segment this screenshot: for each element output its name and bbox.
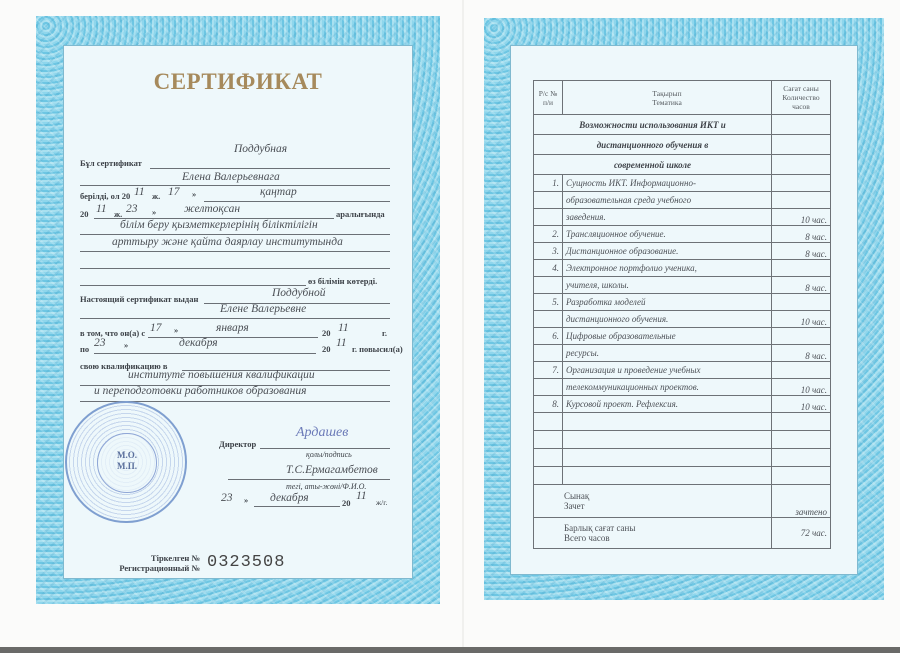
director-month: декабря bbox=[270, 492, 309, 504]
row-number bbox=[534, 311, 563, 328]
empty-cell bbox=[563, 431, 772, 449]
header-hours-ru: Количество часов bbox=[774, 93, 828, 111]
kz-year-suffix: ж. bbox=[152, 191, 160, 201]
underline bbox=[148, 337, 318, 338]
empty-cell bbox=[534, 413, 563, 431]
empty-cell bbox=[534, 449, 563, 467]
exam-row: СынақЗачетзачтено bbox=[534, 485, 831, 518]
underline bbox=[80, 251, 390, 252]
course-title-line: Возможности использования ИКТ и bbox=[534, 115, 772, 135]
topic-line: Сущность ИКТ. Информационно- bbox=[563, 175, 772, 192]
kz-issued-label: Бұл сертификат bbox=[80, 158, 142, 168]
quote-mark: » bbox=[244, 495, 248, 505]
exam-value: зачтено bbox=[772, 485, 831, 518]
ru-institution-line1: институте повышения квалификации bbox=[128, 369, 315, 381]
row-number: 4. bbox=[534, 260, 563, 277]
empty-cell bbox=[772, 449, 831, 467]
director-year-suffix: ж/г. bbox=[376, 498, 387, 507]
ru-issued-label: Настоящий сертификат выдан bbox=[80, 294, 198, 304]
underline bbox=[80, 268, 390, 269]
hours-cell bbox=[772, 362, 831, 379]
quote-mark: » bbox=[124, 340, 128, 350]
kz-year-from: 11 bbox=[134, 186, 145, 198]
empty-row bbox=[534, 449, 831, 467]
topic-line: дистанционного обучения. bbox=[563, 311, 772, 328]
table-row: заведения.10 час. bbox=[534, 209, 831, 226]
topic-line: Организация и проведение учебных bbox=[563, 362, 772, 379]
hours-cell: 8 час. bbox=[772, 277, 831, 294]
ru-institution-line2: и переподготовки работников образования bbox=[94, 385, 306, 397]
empty-cell bbox=[772, 431, 831, 449]
row-number bbox=[534, 345, 563, 362]
director-day: 23 bbox=[221, 492, 233, 504]
empty-cell bbox=[534, 431, 563, 449]
table-row: 8.Курсовой проект. Рефлексия.10 час. bbox=[534, 396, 831, 413]
ru-to-label: по bbox=[80, 344, 89, 354]
hours-cell bbox=[772, 135, 831, 155]
course-title-row: Возможности использования ИКТ и bbox=[534, 115, 831, 135]
quote-mark: » bbox=[152, 207, 156, 217]
kz-between-label: аралығында bbox=[336, 209, 385, 219]
row-number: 7. bbox=[534, 362, 563, 379]
course-title-row: дистанционного обучения в bbox=[534, 135, 831, 155]
ru-month-to: декабря bbox=[179, 337, 218, 349]
ru-name: Елене Валерьевне bbox=[220, 303, 306, 315]
registration-number: 0323508 bbox=[207, 553, 285, 572]
header-hours-kz: Сағат саны bbox=[774, 84, 828, 93]
ru-raised-label: г. повысил(а) bbox=[352, 344, 403, 354]
ru-from-label: в том, что он(а) с bbox=[80, 328, 145, 338]
row-number: 3. bbox=[534, 243, 563, 260]
row-number: 8. bbox=[534, 396, 563, 413]
scanner-edge bbox=[0, 647, 900, 653]
registration-label-ru: Регистрационный № bbox=[64, 563, 200, 573]
underline bbox=[80, 285, 306, 286]
underline bbox=[80, 234, 390, 235]
empty-cell bbox=[563, 449, 772, 467]
kz-given-label: берілді, ол 20 bbox=[80, 191, 130, 201]
ru-day-to: 23 bbox=[94, 337, 106, 349]
topic-line: образовательная среда учебного bbox=[563, 192, 772, 209]
header-number: Р/с № п/и bbox=[534, 81, 563, 115]
kz-name: Елена Валерьевнага bbox=[182, 171, 280, 183]
director-year: 11 bbox=[356, 490, 367, 502]
page-fold bbox=[462, 0, 464, 647]
name-caption: тегі, аты-жөні/Ф.И.О. bbox=[286, 482, 366, 491]
total-row: Барлық сағат саныВсего часов72 час. bbox=[534, 518, 831, 549]
right-certificate-panel: Р/с № п/и Тақырып Тематика Сағат саны Ко… bbox=[510, 45, 858, 575]
hours-cell: 10 час. bbox=[772, 209, 831, 226]
underline bbox=[228, 479, 390, 480]
topics-body: Возможности использования ИКТ идистанцио… bbox=[534, 115, 831, 549]
certificate-title: СЕРТИФИКАТ bbox=[64, 69, 412, 95]
director-label: Директор bbox=[219, 439, 256, 449]
ru-month-from: января bbox=[216, 322, 249, 334]
topic-line: Трансляционное обучение. bbox=[563, 226, 772, 243]
kz-surname: Поддубная bbox=[234, 143, 287, 155]
row-number bbox=[534, 209, 563, 226]
underline bbox=[94, 353, 316, 354]
underline bbox=[150, 168, 390, 169]
topic-line: учителя, школы. bbox=[563, 277, 772, 294]
kz-year-prefix: 20 bbox=[80, 209, 89, 219]
row-number: 6. bbox=[534, 328, 563, 345]
hours-cell: 8 час. bbox=[772, 345, 831, 362]
table-row: телекоммуникационных проектов.10 час. bbox=[534, 379, 831, 396]
quote-mark: » bbox=[174, 325, 178, 335]
underline bbox=[260, 448, 390, 449]
hours-cell bbox=[772, 328, 831, 345]
header-topic-ru: Тематика bbox=[565, 98, 769, 107]
row-number: 5. bbox=[534, 294, 563, 311]
topic-line: Курсовой проект. Рефлексия. bbox=[563, 396, 772, 413]
underline bbox=[80, 185, 390, 186]
director-name: Т.С.Ермагамбетов bbox=[286, 464, 378, 476]
total-label: Барлық сағат саныВсего часов bbox=[534, 518, 772, 549]
ru-year-from: 11 bbox=[338, 322, 349, 334]
row-number: 2. bbox=[534, 226, 563, 243]
left-certificate-frame: СЕРТИФИКАТ Бұл сертификат Поддубная Елен… bbox=[36, 16, 440, 604]
official-seal: М.О. М.П. bbox=[65, 401, 187, 523]
hours-cell: 8 час. bbox=[772, 243, 831, 260]
signature-caption: қолы/подпись bbox=[306, 450, 352, 459]
seal-mark-text: М.О. М.П. bbox=[98, 450, 156, 472]
underline bbox=[254, 506, 340, 507]
kz-month-from: қаңтар bbox=[260, 186, 297, 198]
header-topic-kz: Тақырып bbox=[565, 89, 769, 98]
kz-day-to: 23 bbox=[126, 203, 138, 215]
table-row: 3.Дистанционное образование.8 час. bbox=[534, 243, 831, 260]
header-hours: Сағат саны Количество часов bbox=[772, 81, 831, 115]
empty-row bbox=[534, 467, 831, 485]
hours-cell: 10 час. bbox=[772, 379, 831, 396]
total-label-kz: Барлық сағат саны bbox=[564, 523, 768, 533]
topic-line: Электронное портфолио ученика, bbox=[563, 260, 772, 277]
ru-year-to: 11 bbox=[336, 337, 347, 349]
ru-surname: Поддубной bbox=[272, 287, 325, 299]
hours-cell bbox=[772, 175, 831, 192]
topics-table: Р/с № п/и Тақырып Тематика Сағат саны Ко… bbox=[533, 80, 831, 549]
director-signature: Ардашев bbox=[296, 425, 348, 441]
empty-row bbox=[534, 413, 831, 431]
table-row: 1.Сущность ИКТ. Информационно- bbox=[534, 175, 831, 192]
ru-year-suffix: г. bbox=[382, 328, 387, 338]
row-number: 1. bbox=[534, 175, 563, 192]
table-row: ресурсы.8 час. bbox=[534, 345, 831, 362]
table-row: 6.Цифровые образовательные bbox=[534, 328, 831, 345]
exam-label-ru: Зачет bbox=[564, 501, 768, 511]
topic-line: телекоммуникационных проектов. bbox=[563, 379, 772, 396]
empty-cell bbox=[772, 467, 831, 485]
kz-day-from: 17 bbox=[168, 186, 180, 198]
seal-line-kz: М.О. bbox=[98, 450, 156, 461]
registration-label-kz: Тіркелген № bbox=[64, 553, 200, 563]
table-row: дистанционного обучения.10 час. bbox=[534, 311, 831, 328]
table-row: 5.Разработка моделей bbox=[534, 294, 831, 311]
empty-cell bbox=[563, 413, 772, 431]
kz-raised-label: өз білімін көтерді. bbox=[308, 276, 377, 286]
row-number bbox=[534, 192, 563, 209]
quote-mark: » bbox=[192, 189, 196, 199]
table-row: учителя, школы.8 час. bbox=[534, 277, 831, 294]
ru-year-prefix: 20 bbox=[322, 344, 331, 354]
kz-institution-line2: арттыру және қайта даярлау институтында bbox=[112, 236, 343, 248]
seal-emblem: М.О. М.П. bbox=[97, 433, 157, 493]
row-number bbox=[534, 277, 563, 294]
empty-cell bbox=[534, 467, 563, 485]
row-number bbox=[534, 379, 563, 396]
topic-line: Разработка моделей bbox=[563, 294, 772, 311]
exam-label: СынақЗачет bbox=[534, 485, 772, 518]
kz-month-to: желтоқсан bbox=[184, 203, 240, 215]
hours-cell bbox=[772, 155, 831, 175]
table-row: 7.Организация и проведение учебных bbox=[534, 362, 831, 379]
empty-cell bbox=[772, 413, 831, 431]
topic-line: Дистанционное образование. bbox=[563, 243, 772, 260]
total-value: 72 час. bbox=[772, 518, 831, 549]
kz-year-to: 11 bbox=[96, 203, 107, 215]
table-header-row: Р/с № п/и Тақырып Тематика Сағат саны Ко… bbox=[534, 81, 831, 115]
underline bbox=[80, 318, 390, 319]
ru-year-prefix: 20 bbox=[322, 328, 331, 338]
director-year-prefix: 20 bbox=[342, 498, 351, 508]
hours-cell bbox=[772, 115, 831, 135]
course-title-row: современной школе bbox=[534, 155, 831, 175]
table-row: 4.Электронное портфолио ученика, bbox=[534, 260, 831, 277]
topic-line: Цифровые образовательные bbox=[563, 328, 772, 345]
header-topic: Тақырып Тематика bbox=[563, 81, 772, 115]
table-row: образовательная среда учебного bbox=[534, 192, 831, 209]
course-title-line: дистанционного обучения в bbox=[534, 135, 772, 155]
ru-day-from: 17 bbox=[150, 322, 162, 334]
total-label-ru: Всего часов bbox=[564, 533, 768, 543]
kz-institution-line1: білім беру қызметкерлерінің біліктілігін bbox=[120, 219, 318, 231]
table-row: 2.Трансляционное обучение.8 час. bbox=[534, 226, 831, 243]
exam-label-kz: Сынақ bbox=[564, 491, 768, 501]
topic-line: заведения. bbox=[563, 209, 772, 226]
left-certificate-panel: СЕРТИФИКАТ Бұл сертификат Поддубная Елен… bbox=[63, 45, 413, 579]
seal-line-ru: М.П. bbox=[98, 461, 156, 472]
hours-cell: 8 час. bbox=[772, 226, 831, 243]
right-certificate-frame: Р/с № п/и Тақырып Тематика Сағат саны Ко… bbox=[484, 18, 884, 600]
hours-cell: 10 час. bbox=[772, 311, 831, 328]
hours-cell bbox=[772, 192, 831, 209]
hours-cell bbox=[772, 260, 831, 277]
topic-line: ресурсы. bbox=[563, 345, 772, 362]
hours-cell bbox=[772, 294, 831, 311]
course-title-line: современной школе bbox=[534, 155, 772, 175]
hours-cell: 10 час. bbox=[772, 396, 831, 413]
underline bbox=[204, 201, 390, 202]
empty-row bbox=[534, 431, 831, 449]
empty-cell bbox=[563, 467, 772, 485]
